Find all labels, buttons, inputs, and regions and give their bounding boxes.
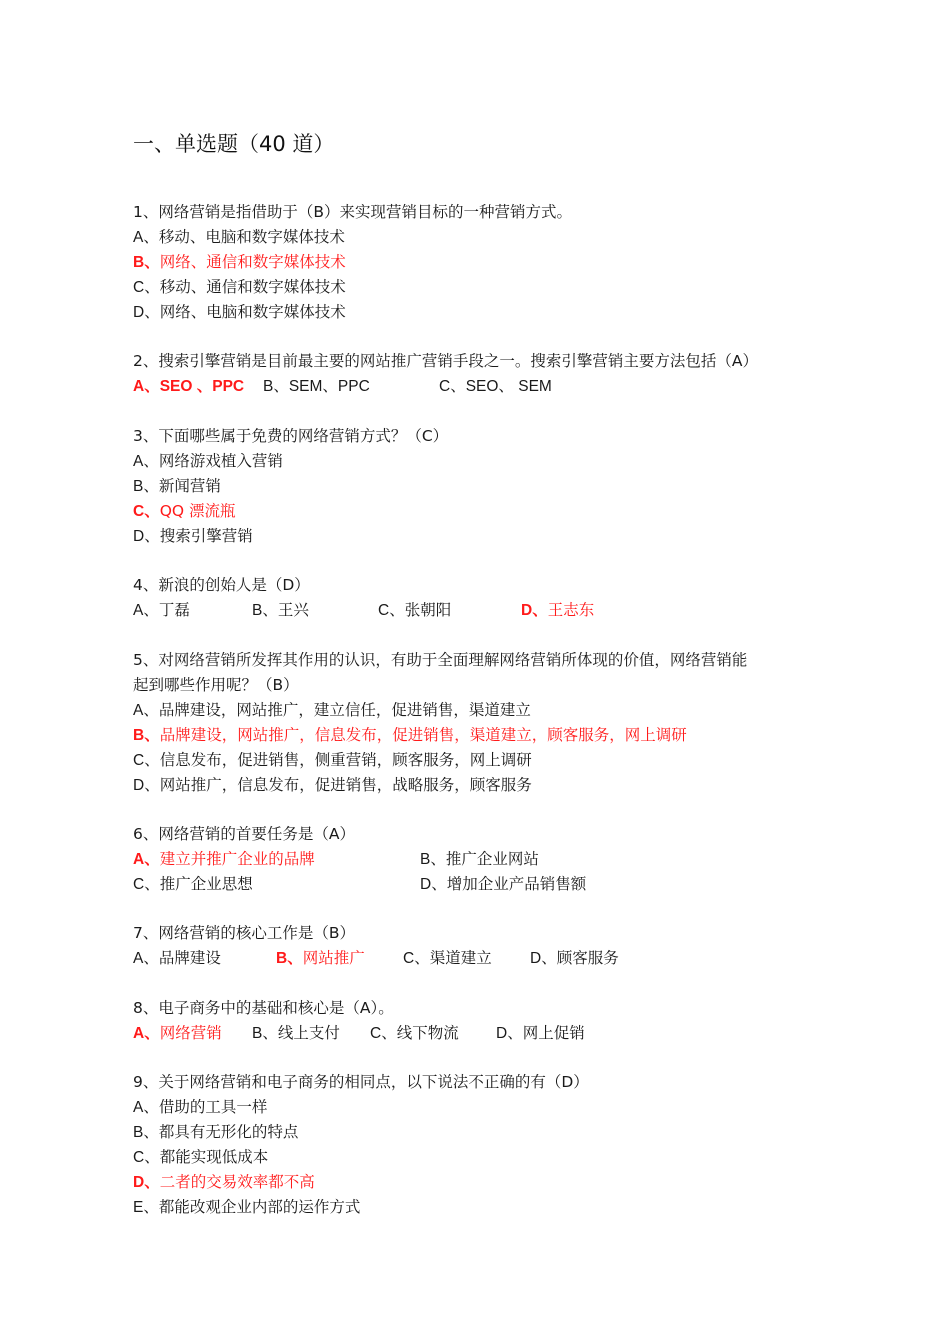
option-a: A、借助的工具一样 [133, 1095, 833, 1120]
section-title: 一、单选题（40 道） [133, 128, 334, 160]
option-label: C、 [378, 602, 405, 619]
option-b: B、王兴 [252, 598, 309, 623]
option-b-correct: B、网络、通信和数字媒体技术 [133, 250, 833, 275]
option-e: E、都能改观企业内部的运作方式 [133, 1195, 833, 1220]
option-label: D、 [133, 777, 160, 794]
option-label: A、 [133, 851, 160, 868]
option-c: C、SEO、 SEM [439, 374, 552, 399]
options-row: A、网络营销 B、线上支付 C、线下物流 D、网上促销 [133, 1021, 833, 1046]
question-stem: 6、网络营销的首要任务是（A） [133, 822, 833, 847]
option-label: D、 [133, 1174, 160, 1191]
option-text: 移动、电脑和数字媒体技术 [159, 228, 345, 246]
option-label: B、 [276, 950, 303, 967]
option-text: 建立并推广企业的品牌 [160, 850, 315, 868]
option-label: A、 [133, 1099, 159, 1116]
option-label: D、 [530, 950, 557, 967]
option-label: C、 [439, 378, 466, 395]
option-a: A、网络游戏植入营销 [133, 449, 833, 474]
question-8: 8、电子商务中的基础和核心是（A）。 A、网络营销 B、线上支付 C、线下物流 … [133, 996, 833, 1046]
option-text: SEO、 SEM [466, 378, 552, 395]
option-text: 推广企业思想 [160, 875, 253, 893]
option-text: 网络、电脑和数字媒体技术 [160, 303, 346, 321]
option-b: B、都具有无形化的特点 [133, 1120, 833, 1145]
option-b: B、新闻营销 [133, 474, 833, 499]
question-2: 2、搜索引擎营销是目前最主要的网站推广营销手段之一。搜索引擎营销主要方法包括（A… [133, 349, 833, 399]
option-c: C、信息发布，促进销售，侧重营销，顾客服务，网上调研 [133, 748, 833, 773]
question-7: 7、网络营销的核心工作是（B） A、品牌建设 B、网站推广 C、渠道建立 D、顾… [133, 921, 833, 971]
option-label: B、 [133, 478, 159, 495]
question-stem: 5、对网络营销所发挥其作用的认识，有助于全面理解网络营销所体现的价值，网络营销能 [133, 648, 833, 673]
option-text: 网络、通信和数字媒体技术 [160, 253, 346, 271]
question-stem: 4、新浪的创始人是（D） [133, 573, 833, 598]
option-text: 都能实现低成本 [160, 1148, 269, 1166]
option-a: A、品牌建设 [133, 946, 221, 971]
option-label: C、 [133, 503, 160, 520]
option-text: 网络营销 [160, 1024, 222, 1042]
question-stem: 9、关于网络营销和电子商务的相同点，以下说法不正确的有（D） [133, 1070, 833, 1095]
option-text: 网络游戏植入营销 [159, 452, 283, 470]
option-label: D、 [420, 876, 447, 893]
option-text: 线上支付 [278, 1024, 340, 1042]
option-b-correct: B、网站推广 [276, 946, 365, 971]
option-a: A、丁磊 [133, 598, 190, 623]
option-label: B、 [133, 254, 160, 271]
question-6: 6、网络营销的首要任务是（A） A、建立并推广企业的品牌 B、推广企业网站 C、… [133, 822, 833, 897]
option-label: C、 [133, 752, 160, 769]
options-row: A、丁磊 B、王兴 C、张朝阳 D、王志东 [133, 598, 833, 623]
option-c: C、推广企业思想 [133, 872, 253, 897]
option-label: D、 [133, 528, 160, 545]
option-text: 增加企业产品销售额 [447, 875, 587, 893]
option-d-correct: D、二者的交易效率都不高 [133, 1170, 833, 1195]
option-d: D、顾客服务 [530, 946, 619, 971]
option-label: B、 [252, 602, 278, 619]
question-stem: 3、下面哪些属于免费的网络营销方式？（C） [133, 424, 833, 449]
option-label: A、 [133, 702, 159, 719]
option-d: D、搜索引擎营销 [133, 524, 833, 549]
option-c: C、张朝阳 [378, 598, 451, 623]
option-a: A、品牌建设，网站推广，建立信任，促进销售，渠道建立 [133, 698, 833, 723]
option-label: A、 [133, 378, 160, 395]
option-text: 网上促销 [523, 1024, 585, 1042]
option-text: 信息发布，促进销售，侧重营销，顾客服务，网上调研 [160, 751, 532, 769]
question-stem: 7、网络营销的核心工作是（B） [133, 921, 833, 946]
option-text: 品牌建设，网站推广，建立信任，促进销售，渠道建立 [159, 701, 531, 719]
question-9: 9、关于网络营销和电子商务的相同点，以下说法不正确的有（D） A、借助的工具一样… [133, 1070, 833, 1220]
option-text: 网站推广 [303, 949, 365, 967]
option-text: 都具有无形化的特点 [159, 1123, 299, 1141]
option-d: D、增加企业产品销售额 [420, 872, 586, 897]
option-label: A、 [133, 950, 159, 967]
option-d: D、网上促销 [496, 1021, 585, 1046]
option-text: 王志东 [548, 601, 595, 619]
option-label: B、 [263, 378, 289, 395]
option-c: C、都能实现低成本 [133, 1145, 833, 1170]
option-label: A、 [133, 602, 159, 619]
option-label: C、 [370, 1025, 397, 1042]
option-text: 推广企业网站 [446, 850, 539, 868]
option-text: 顾客服务 [557, 949, 619, 967]
option-c: C、移动、通信和数字媒体技术 [133, 275, 833, 300]
option-text: 王兴 [278, 601, 309, 619]
option-label: A、 [133, 1025, 160, 1042]
options-row: A、建立并推广企业的品牌 B、推广企业网站 [133, 847, 833, 872]
option-b-correct: B、品牌建设，网站推广，信息发布，促进销售，渠道建立，顾客服务，网上调研 [133, 723, 833, 748]
option-b: B、线上支付 [252, 1021, 340, 1046]
option-d: D、网络、电脑和数字媒体技术 [133, 300, 833, 325]
option-label: C、 [403, 950, 430, 967]
option-text: 新闻营销 [159, 477, 221, 495]
option-c-correct: C、QQ 漂流瓶 [133, 499, 833, 524]
option-d-correct: D、王志东 [521, 598, 594, 623]
option-b: B、SEM、PPC [263, 374, 370, 399]
option-text: 品牌建设 [159, 949, 221, 967]
option-label: E、 [133, 1199, 159, 1216]
option-text: 线下物流 [397, 1024, 459, 1042]
option-label: B、 [133, 1124, 159, 1141]
option-label: D、 [133, 304, 160, 321]
question-1: 1、网络营销是指借助于（B）来实现营销目标的一种营销方式。 A、移动、电脑和数字… [133, 200, 833, 325]
question-4: 4、新浪的创始人是（D） A、丁磊 B、王兴 C、张朝阳 D、王志东 [133, 573, 833, 623]
question-3: 3、下面哪些属于免费的网络营销方式？（C） A、网络游戏植入营销 B、新闻营销 … [133, 424, 833, 549]
options-row: C、推广企业思想 D、增加企业产品销售额 [133, 872, 833, 897]
option-label: A、 [133, 229, 159, 246]
option-label: C、 [133, 1149, 160, 1166]
option-text: 丁磊 [159, 601, 190, 619]
option-text: 都能改观企业内部的运作方式 [159, 1198, 361, 1216]
question-stem-continued: 起到哪些作用呢？（B） [133, 673, 833, 698]
option-c: C、线下物流 [370, 1021, 459, 1046]
option-text: 张朝阳 [405, 601, 452, 619]
option-a: A、移动、电脑和数字媒体技术 [133, 225, 833, 250]
option-d: D、网站推广，信息发布，促进销售，战略服务，顾客服务 [133, 773, 833, 798]
question-stem: 8、电子商务中的基础和核心是（A）。 [133, 996, 833, 1021]
option-label: B、 [133, 727, 160, 744]
option-text: 渠道建立 [430, 949, 492, 967]
option-b: B、推广企业网站 [420, 847, 539, 872]
option-text: 二者的交易效率都不高 [160, 1173, 315, 1191]
option-a-correct: A、网络营销 [133, 1021, 222, 1046]
option-text: SEM、PPC [289, 378, 370, 395]
option-a-correct: A、SEO 、PPC [133, 374, 244, 399]
question-5: 5、对网络营销所发挥其作用的认识，有助于全面理解网络营销所体现的价值，网络营销能… [133, 648, 833, 798]
option-text: QQ 漂流瓶 [160, 502, 236, 520]
option-text: 移动、通信和数字媒体技术 [160, 278, 346, 296]
question-stem: 2、搜索引擎营销是目前最主要的网站推广营销手段之一。搜索引擎营销主要方法包括（A… [133, 349, 833, 374]
option-label: D、 [496, 1025, 523, 1042]
option-text: 搜索引擎营销 [160, 527, 253, 545]
options-row: A、品牌建设 B、网站推广 C、渠道建立 D、顾客服务 [133, 946, 833, 971]
option-label: B、 [252, 1025, 278, 1042]
option-text: 借助的工具一样 [159, 1098, 268, 1116]
option-label: D、 [521, 602, 548, 619]
option-c: C、渠道建立 [403, 946, 492, 971]
option-text: SEO 、PPC [160, 378, 244, 395]
question-stem: 1、网络营销是指借助于（B）来实现营销目标的一种营销方式。 [133, 200, 833, 225]
option-text: 品牌建设，网站推广，信息发布，促进销售，渠道建立，顾客服务，网上调研 [160, 726, 687, 744]
options-row: A、SEO 、PPC B、SEM、PPC C、SEO、 SEM [133, 374, 833, 399]
option-label: C、 [133, 876, 160, 893]
option-text: 网站推广，信息发布，促进销售，战略服务，顾客服务 [160, 776, 532, 794]
option-label: B、 [420, 851, 446, 868]
option-a-correct: A、建立并推广企业的品牌 [133, 847, 315, 872]
option-label: A、 [133, 453, 159, 470]
option-label: C、 [133, 279, 160, 296]
